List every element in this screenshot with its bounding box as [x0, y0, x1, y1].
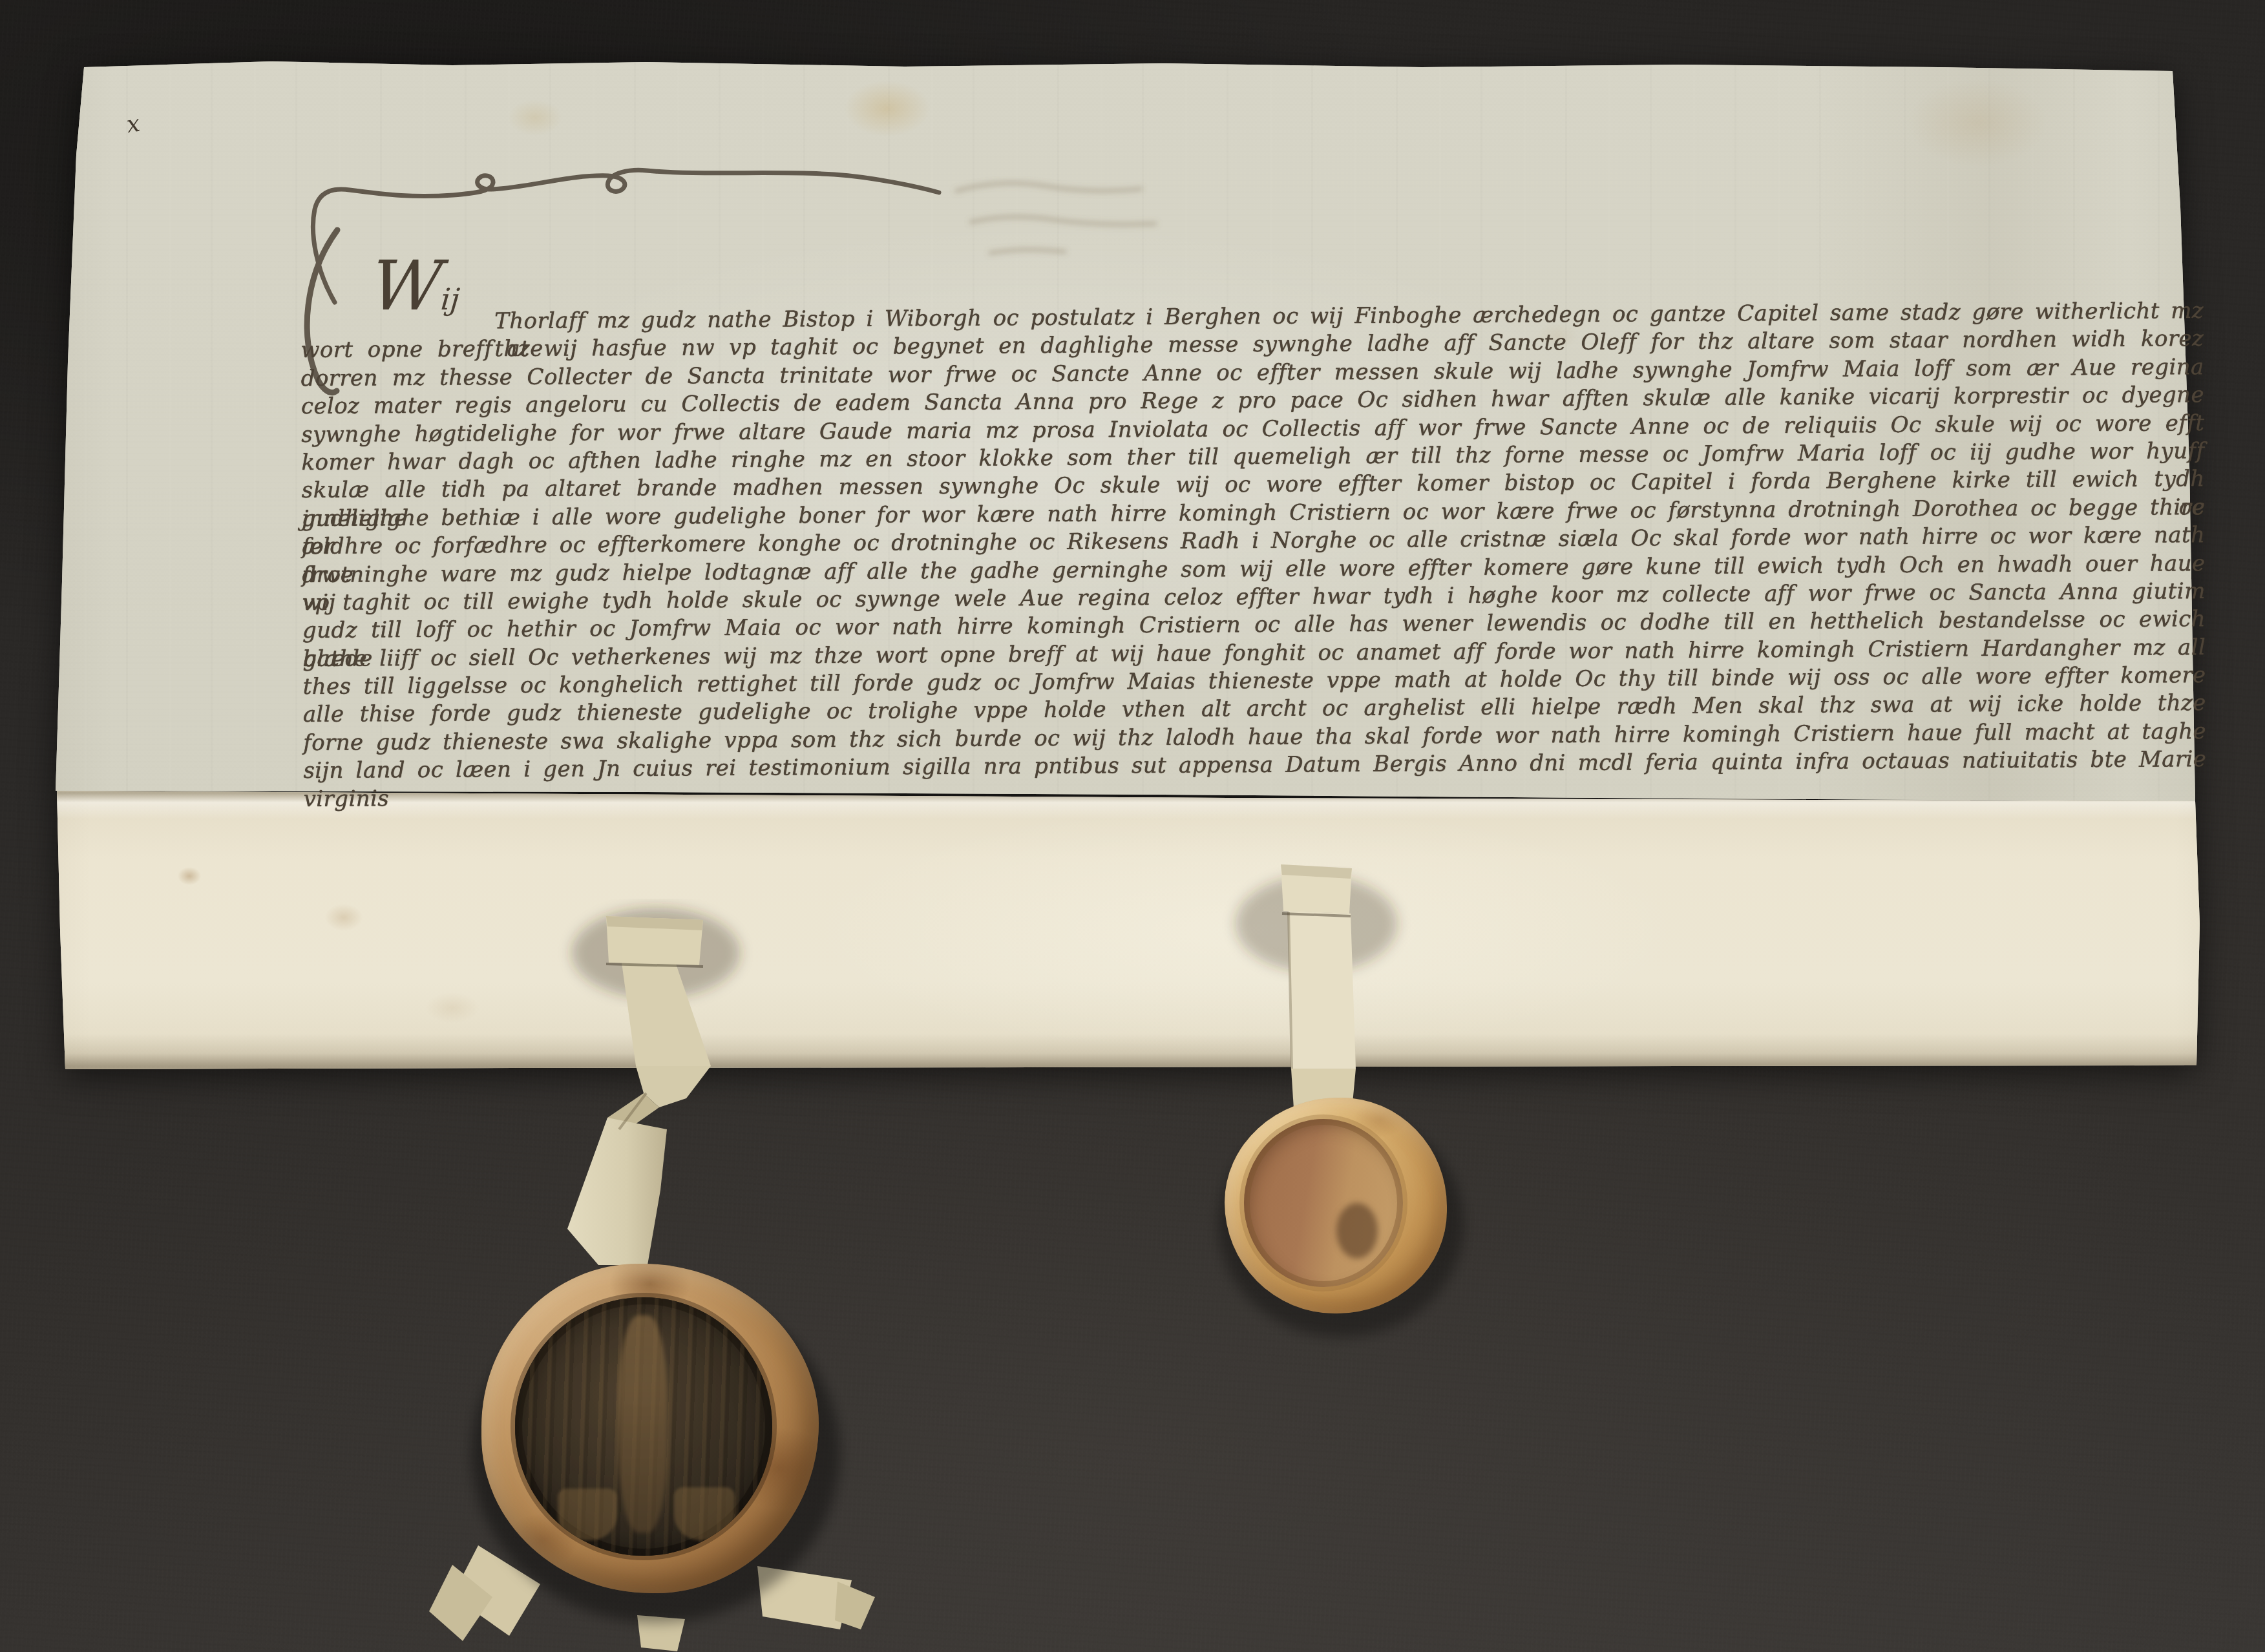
small-seal-impression [1244, 1119, 1403, 1287]
photograph-of-charter: { "photo_subject": "Medieval parchment c… [0, 0, 2265, 1652]
large-seal-impression [515, 1297, 772, 1556]
seal-shield-left [558, 1489, 617, 1540]
large-wax-seal [481, 1264, 819, 1593]
seal-shield-right [674, 1487, 735, 1540]
parchment-document [0, 0, 2265, 1652]
small-wax-seal [1225, 1098, 1447, 1313]
charter-text-block: Thorlaff mz gudz nathe Bistop i Wiborgh … [300, 297, 2206, 786]
seal-standing-figure [618, 1315, 668, 1532]
